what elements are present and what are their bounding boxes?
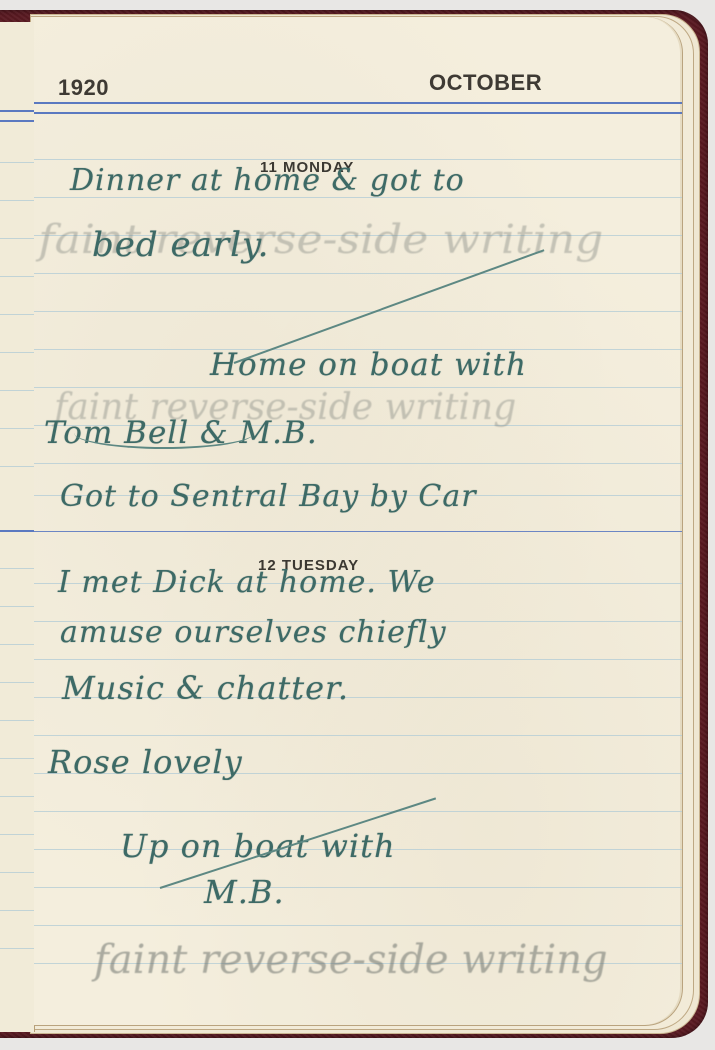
page-month: OCTOBER <box>429 70 542 96</box>
header-rule-bottom <box>34 112 682 114</box>
ruled-line <box>34 735 682 736</box>
entry-line: bed early. <box>92 225 269 265</box>
ruled-line <box>34 659 682 660</box>
ruled-line <box>34 925 682 926</box>
entry-line: Music & chatter. <box>62 669 349 707</box>
entry-line: amuse ourselves chiefly <box>60 615 447 650</box>
facing-page-edge <box>0 22 35 1032</box>
entry-line: Up on boat with <box>120 827 396 865</box>
entry-line: M.B. <box>204 873 285 911</box>
diary-page: 1920 OCTOBER faint reverse-side writing … <box>34 17 683 1026</box>
ruled-line <box>34 887 682 888</box>
ruled-line <box>34 159 682 160</box>
entry-line: Dinner at home & got to <box>70 163 465 198</box>
ruled-line <box>34 811 682 812</box>
entry-line: Got to Sentral Bay by Car <box>60 479 477 514</box>
ruled-line <box>34 311 682 312</box>
underline-stroke <box>74 417 254 449</box>
ruled-line <box>34 273 682 274</box>
diary-scan: 1920 OCTOBER faint reverse-side writing … <box>0 0 715 1050</box>
entry-line: Rose lovely <box>48 743 243 781</box>
page-year: 1920 <box>58 75 109 101</box>
bleed-through-text: faint reverse-side writing <box>94 937 608 983</box>
header-rule-top <box>34 102 682 104</box>
entry-line: I met Dick at home. We <box>58 565 436 600</box>
day-divider <box>34 531 682 532</box>
ruled-line <box>34 463 682 464</box>
